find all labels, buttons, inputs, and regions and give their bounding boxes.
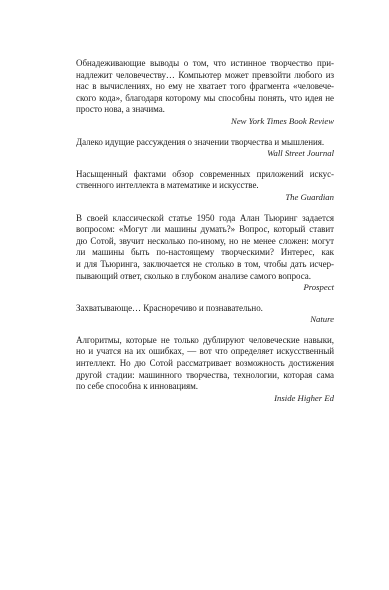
review-nature: Захватывающе… Красноречиво и познаватель… (76, 303, 334, 326)
quote-line: надлежит человечеству… Компьютер может п… (76, 70, 334, 82)
review-inside-higher-ed-quote: Алгоритмы, которые не только дублируют ч… (76, 335, 334, 393)
quote-line: пывающий ответ, сколько в глубоком анали… (76, 271, 334, 283)
attribution-nyt: New York Times Book Review (76, 116, 334, 128)
review-nyt-quote: Обнадеживающие выводы о том, что истинно… (76, 58, 334, 116)
attribution-wsj: Wall Street Journal (76, 148, 334, 160)
quote-line: В своей классической статье 1950 года Ал… (76, 213, 334, 225)
review-prospect-quote: В своей классической статье 1950 года Ал… (76, 213, 334, 283)
quote-line: дю Сотой, звучит несколько по-иному, но … (76, 236, 334, 248)
book-page: Обнадеживающие выводы о том, что истинно… (0, 0, 389, 590)
quote-line: Алгоритмы, которые не только дублируют ч… (76, 335, 334, 347)
quote-line: интеллект. Но дю Сотой рассматривает воз… (76, 358, 334, 370)
review-nature-quote: Захватывающе… Красноречиво и познаватель… (76, 303, 334, 315)
quote-line: ли машины быть по-настоящему творческими… (76, 247, 334, 259)
quote-line: ского кода», благодаря которому мы спосо… (76, 93, 334, 105)
quote-line: Далеко идущие рассуждения о значении тво… (76, 137, 334, 149)
review-prospect: В своей классической статье 1950 года Ал… (76, 213, 334, 294)
review-inside-higher-ed: Алгоритмы, которые не только дублируют ч… (76, 335, 334, 405)
quote-line: ственного интеллекта в математике и иску… (76, 180, 334, 192)
quote-line: по себе способна к инновациям. (76, 381, 334, 393)
review-wsj-quote: Далеко идущие рассуждения о значении тво… (76, 137, 334, 149)
quote-line: Обнадеживающие выводы о том, что истинно… (76, 58, 334, 70)
review-wsj: Далеко идущие рассуждения о значении тво… (76, 137, 334, 160)
review-nyt: Обнадеживающие выводы о том, что истинно… (76, 58, 334, 128)
attribution-prospect: Prospect (76, 282, 334, 294)
quote-line: вопросом: «Могут ли машины думать?» Вопр… (76, 224, 334, 236)
quote-line: нас в вычислениях, но ему не хватает тог… (76, 81, 334, 93)
review-guardian-quote: Насыщенный фактами обзор современных при… (76, 169, 334, 192)
reviews-block: Обнадеживающие выводы о том, что истинно… (76, 58, 334, 413)
quote-line: Насыщенный фактами обзор современных при… (76, 169, 334, 181)
quote-line: просто нова, а значима. (76, 104, 334, 116)
review-guardian: Насыщенный фактами обзор современных при… (76, 169, 334, 204)
attribution-guardian: The Guardian (76, 192, 334, 204)
quote-line: и для Тьюринга, заключается не столько в… (76, 259, 334, 271)
quote-line: Захватывающе… Красноречиво и познаватель… (76, 303, 334, 315)
attribution-inside-higher-ed: Inside Higher Ed (76, 393, 334, 405)
quote-line: другой стадии: машинного творчества, тех… (76, 370, 334, 382)
quote-line: но и учатся на их ошибках, — вот что опр… (76, 346, 334, 358)
attribution-nature: Nature (76, 314, 334, 326)
